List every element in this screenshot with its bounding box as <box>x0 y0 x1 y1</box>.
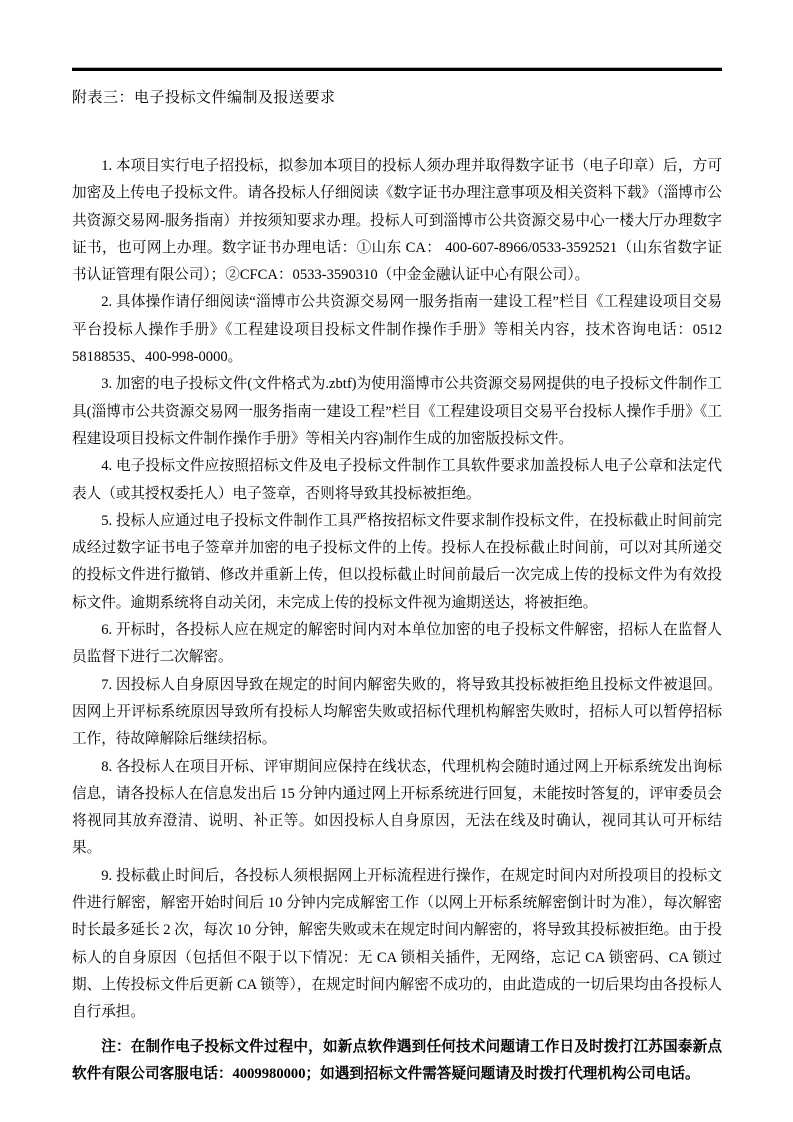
paragraph-4: 4. 电子投标文件应按照招标文件及电子投标文件制作工具软件要求加盖投标人电子公章… <box>72 453 722 508</box>
paragraph-6: 6. 开标时，各投标人应在规定的解密时间内对本单位加密的电子投标文件解密，招标人… <box>72 617 722 672</box>
document-body: 1. 本项目实行电子招投标，拟参加本项目的投标人须办理并取得数字证书（电子印章）… <box>72 153 722 1088</box>
document-page: 附表三：电子投标文件编制及报送要求 1. 本项目实行电子招投标，拟参加本项目的投… <box>0 0 793 1122</box>
document-title: 附表三：电子投标文件编制及报送要求 <box>72 87 722 109</box>
paragraph-2: 2. 具体操作请仔细阅读“淄博市公共资源交易网一服务指南一建设工程”栏目《工程建… <box>72 289 722 371</box>
paragraph-1: 1. 本项目实行电子招投标，拟参加本项目的投标人须办理并取得数字证书（电子印章）… <box>72 153 722 289</box>
page-content: 附表三：电子投标文件编制及报送要求 1. 本项目实行电子招投标，拟参加本项目的投… <box>72 0 722 1088</box>
paragraph-9: 9. 投标截止时间后，各投标人须根据网上开标流程进行操作，在规定时间内对所投项目… <box>72 863 722 1027</box>
paragraph-3: 3. 加密的电子投标文件(文件格式为.zbtf)为使用淄博市公共资源交易网提供的… <box>72 371 722 453</box>
page-number: 27 <box>0 1038 793 1053</box>
header-rule-thick-line <box>72 68 722 71</box>
header-separator-rule <box>72 67 722 71</box>
paragraph-5: 5. 投标人应通过电子投标文件制作工具严格按招标文件要求制作投标文件，在投标截止… <box>72 508 722 617</box>
paragraph-7: 7. 因投标人自身原因导致在规定的时间内解密失败的，将导致其投标被拒绝且投标文件… <box>72 672 722 754</box>
paragraph-8: 8. 各投标人在项目开标、评审期间应保持在线状态，代理机构会随时通过网上开标系统… <box>72 754 722 863</box>
